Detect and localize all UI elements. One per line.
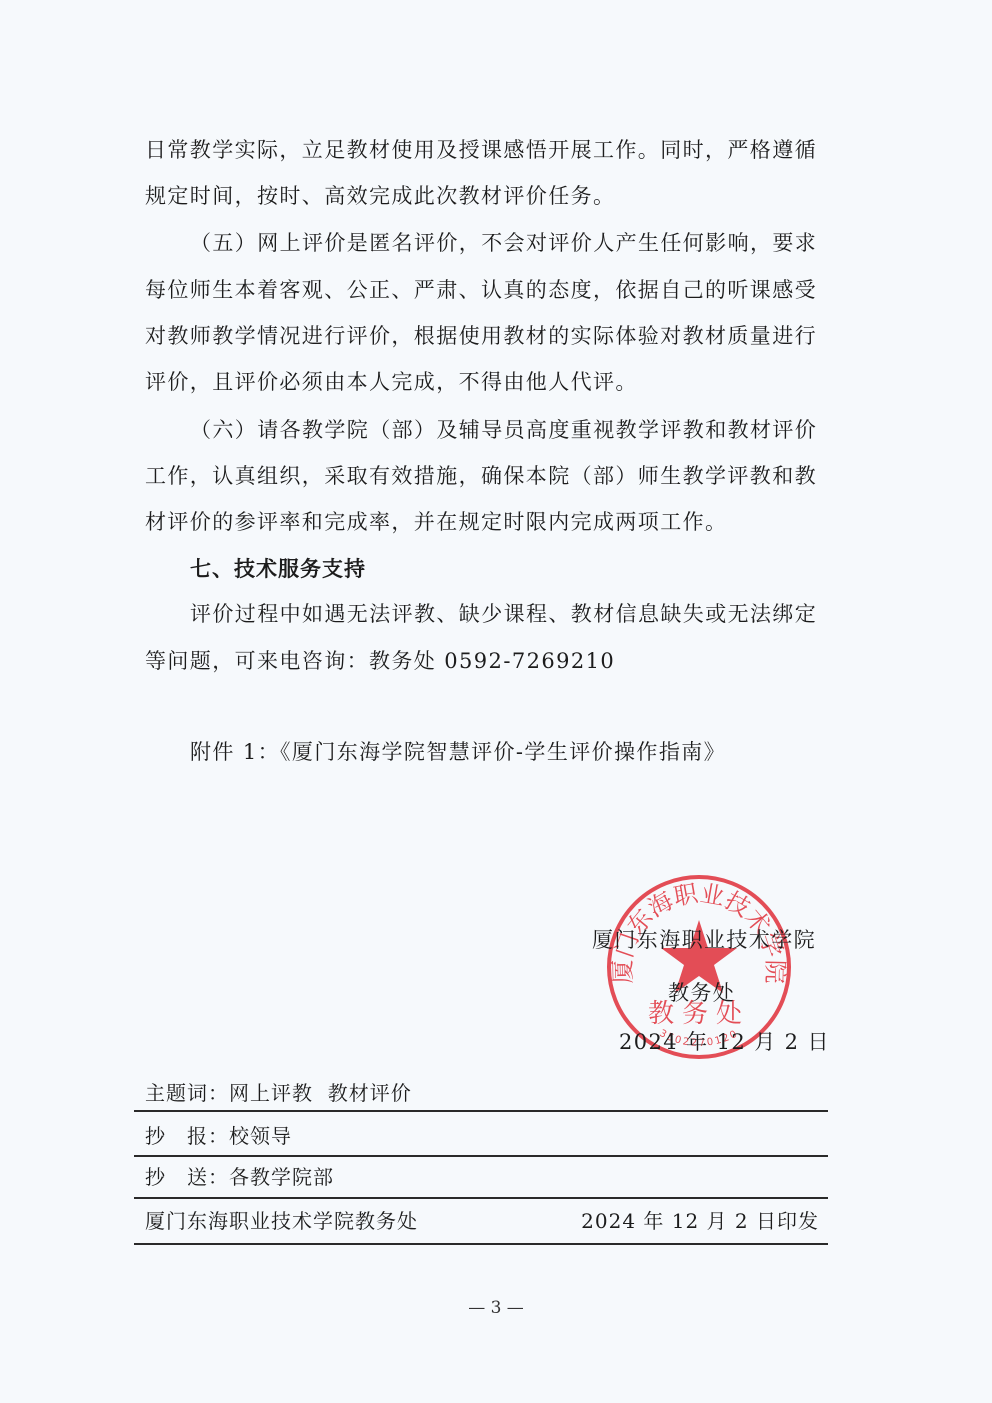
report-value: 校领导 [229, 1124, 292, 1148]
send-value: 各教学院部 [229, 1165, 334, 1189]
body-line: 评价，且评价必须由本人完成，不得由他人代评。 [145, 368, 825, 396]
signature-department: 教务处 [668, 979, 735, 1007]
issuer-row: 厦门东海职业技术学院教务处 2024 年 12 月 2 日印发 [145, 1207, 825, 1235]
divider-rule [134, 1243, 828, 1245]
signature-organization: 厦门东海职业技术学院 [592, 926, 816, 954]
document-page: 日常教学实际，立足教材使用及授课感悟开展工作。同时，严格遵循 规定时间，按时、高… [0, 0, 992, 1403]
issuer-name: 厦门东海职业技术学院教务处 [145, 1209, 418, 1233]
divider-rule [134, 1197, 828, 1199]
divider-rule [134, 1155, 828, 1157]
issue-date: 2024 年 12 月 2 日印发 [581, 1207, 819, 1235]
body-line: 每位师生本着客观、公正、严肃、认真的态度，依据自己的听课感受 [145, 276, 825, 304]
paragraph-six-start: （六）请各教学院（部）及辅导员高度重视教学评教和教材评价 [190, 416, 870, 444]
divider-rule [134, 1110, 828, 1112]
keywords-value: 网上评教 教材评价 [229, 1081, 412, 1105]
attachment-reference: 附件 1：《厦门东海学院智慧评价-学生评价操作指南》 [190, 738, 870, 766]
report-to-row: 抄 报：校领导 [145, 1122, 825, 1150]
support-line-contact: 等问题，可来电咨询：教务处 0592-7269210 [145, 647, 825, 675]
keywords-row: 主题词：网上评教 教材评价 [145, 1079, 825, 1107]
send-label: 抄 送： [145, 1165, 229, 1189]
keywords-label: 主题词： [145, 1081, 229, 1105]
report-label: 抄 报： [145, 1124, 229, 1148]
section-heading: 七、技术服务支持 [190, 555, 870, 583]
paragraph-five-start: （五）网上评价是匿名评价，不会对评价人产生任何影响，要求 [190, 229, 870, 257]
support-line: 评价过程中如遇无法评教、缺少课程、教材信息缺失或无法绑定 [190, 600, 870, 628]
page-number: — 3 — [0, 1298, 992, 1318]
body-line: 日常教学实际，立足教材使用及授课感悟开展工作。同时，严格遵循 [145, 136, 825, 164]
signature-date: 2024 年 12 月 2 日 [619, 1028, 830, 1056]
body-line: 规定时间，按时、高效完成此次教材评价任务。 [145, 182, 825, 210]
body-line: 材评价的参评率和完成率，并在规定时限内完成两项工作。 [145, 508, 825, 536]
body-line: 工作，认真组织，采取有效措施，确保本院（部）师生教学评教和教 [145, 462, 825, 490]
body-line: 对教师教学情况进行评价，根据使用教材的实际体验对教材质量进行 [145, 322, 825, 350]
send-to-row: 抄 送：各教学院部 [145, 1163, 825, 1191]
